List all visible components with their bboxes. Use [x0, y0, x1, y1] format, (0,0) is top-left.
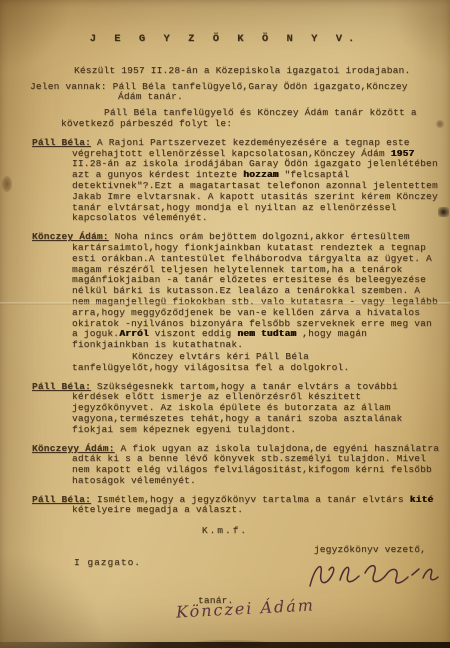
paragraph-text: A fiok ugyan az iskola tulajdona,de egyé…: [72, 443, 439, 486]
paragraph-text: Szükségesnekk tartom,hogy a tanár elvtár…: [72, 381, 402, 435]
made-line: Készült 1957 II.28-án a Közepiskola igaz…: [74, 66, 450, 77]
overstruck-text: kité: [410, 494, 434, 505]
director-role-label: I gazgato.: [74, 558, 141, 569]
paragraph-text: A Rajoni Partszervezet kezdeményezésére …: [72, 137, 410, 159]
present-line-continued: Ádám tanár.: [118, 92, 450, 103]
speaker-label: Könczey Ádám:: [32, 231, 109, 242]
paragraph-text: kételyeire megadja a választ.: [72, 504, 243, 515]
overstruck-text: hozzam: [243, 169, 278, 180]
inline-remark: Könczey elvtárs kéri Páll Béla tanfelügy…: [72, 352, 402, 374]
overstruck-text: Arról: [119, 328, 149, 339]
dialog-intro-continued: következő párbeszéd folyt le:: [61, 119, 450, 130]
kmf-abbreviation: K.m.f.: [0, 526, 450, 537]
paper-stain: [2, 176, 12, 192]
paper-fold-line: [0, 302, 450, 305]
paragraph-text: Noha nincs orám bejöttem dolgozni,akkor …: [72, 231, 438, 339]
teacher-signature-handwriting: Könczei Ádám: [176, 601, 315, 619]
speaker-label: Páll Béla:: [32, 494, 91, 505]
paragraph-text: Ismétlem,hogy a jegyzőkönyv tartalma a t…: [97, 494, 410, 505]
closing-block: K.m.f. I gazgato. jegyzőkönyv vezető, ta…: [0, 524, 450, 648]
clerk-signature-handwriting: [304, 552, 442, 600]
dialog-paragraph: Könczey Ádám: Noha nincs orám bejöttem d…: [32, 232, 442, 351]
dialog-paragraph: Páll Béla: Szükségesnekk tartom,hogy a t…: [32, 382, 442, 436]
speaker-label: Páll Béla:: [32, 137, 91, 148]
overstruck-text: 1957: [391, 148, 415, 159]
dialog-paragraph: Könczeyy Ádám: A fiok ugyan az iskola tu…: [32, 444, 442, 487]
scan-edge-shadow: [0, 642, 450, 648]
dialog-paragraph: Páll Béla: A Rajoni Partszervezet kezdem…: [32, 138, 442, 224]
overstruck-text: nem tudtam: [237, 328, 296, 339]
scanned-document-page: J E G Y Z Ö K Ö N Y V. Készült 1957 II.2…: [0, 0, 450, 648]
speaker-label: Könczeyy Ádám:: [32, 443, 115, 454]
document-title: J E G Y Z Ö K Ö N Y V.: [0, 0, 450, 45]
speaker-label: Páll Béla:: [32, 381, 91, 392]
paragraph-text: viszont eddig: [149, 328, 238, 339]
dialog-paragraph: Páll Béla: Ismétlem,hogy a jegyzőkönyv t…: [32, 495, 442, 517]
present-line: Jelen vannak: Páll Béla tanfelügyelő,Gar…: [30, 82, 450, 93]
